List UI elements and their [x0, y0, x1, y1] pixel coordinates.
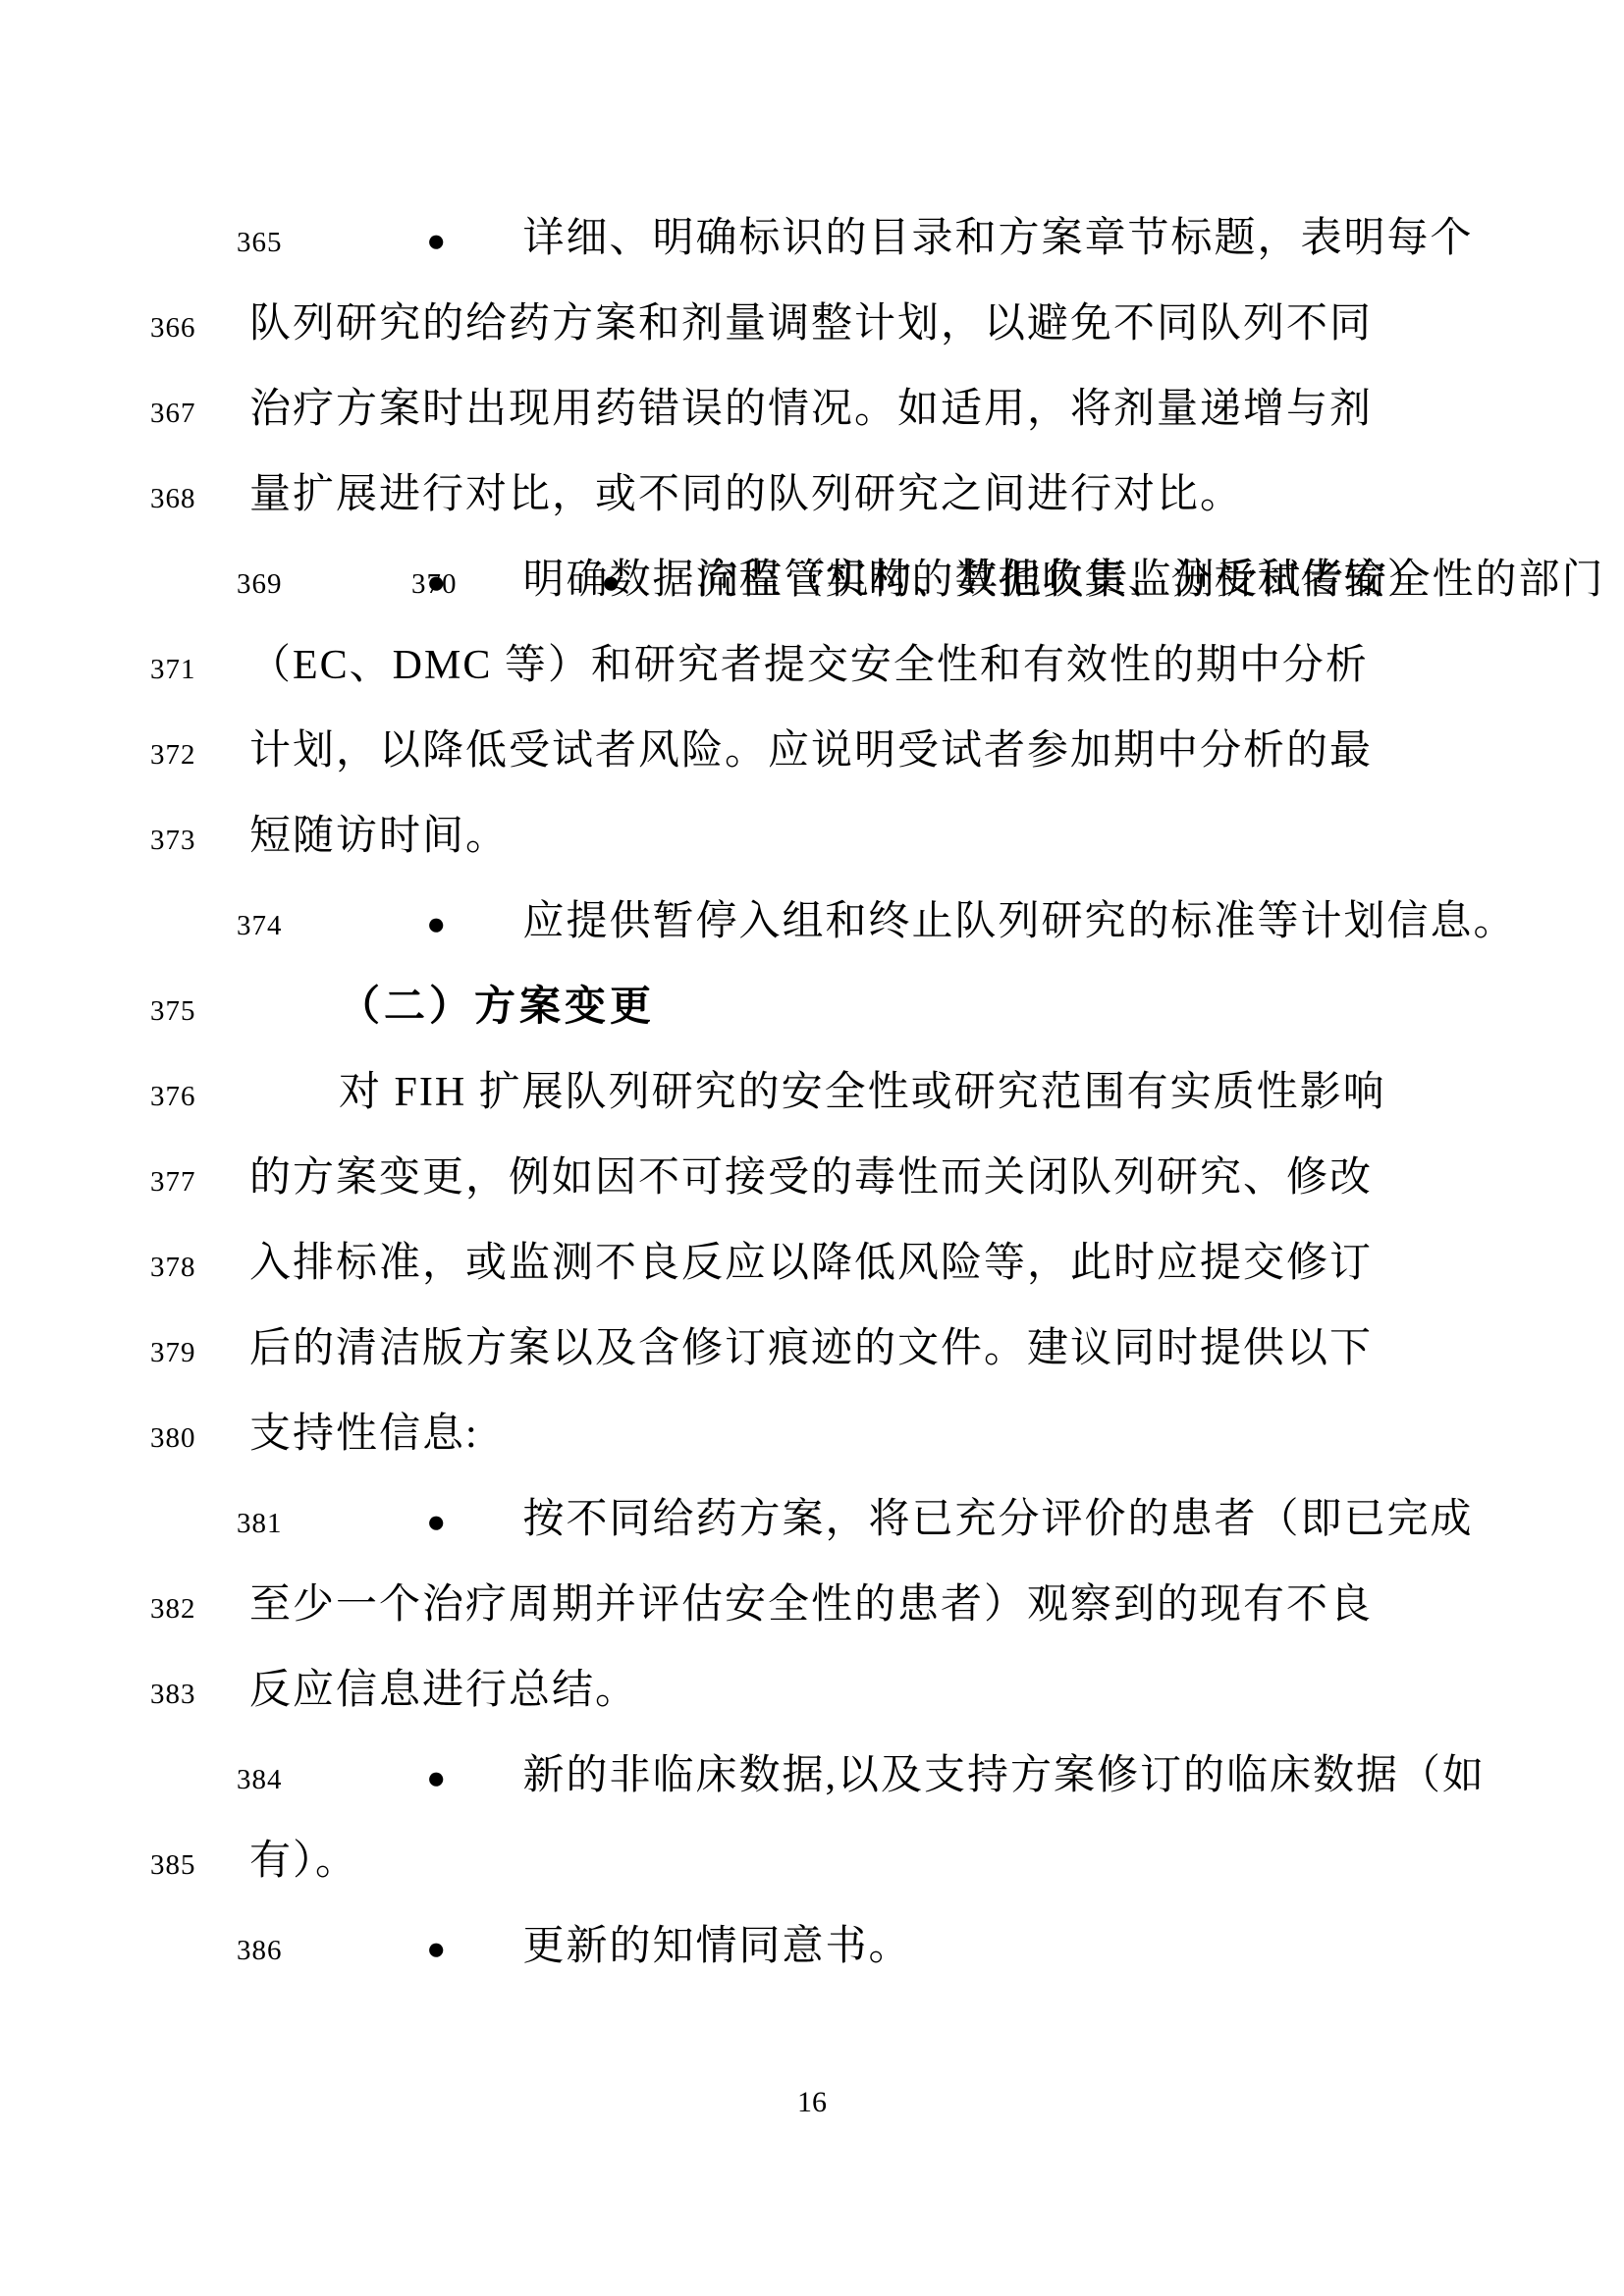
- line-number: 375: [150, 969, 245, 1054]
- text-line: 380 支持性信息:: [150, 1392, 1476, 1477]
- text-line: 385 有）。: [150, 1819, 1476, 1904]
- text-line: 371 （EC、DMC 等）和研究者提交安全性和有效性的期中分析: [150, 623, 1476, 709]
- bullet-icon: ●: [426, 1736, 514, 1822]
- bullet-icon: ●: [426, 1907, 514, 1993]
- line-number: 377: [150, 1140, 245, 1225]
- line-number: 381: [237, 1481, 332, 1567]
- line-number: 369: [237, 542, 332, 627]
- line-text: 更新的知情同意书。: [523, 1924, 912, 1969]
- line-text: 对 FIH 扩展队列研究的安全性或研究范围有实质性影响: [339, 1070, 1386, 1115]
- line-text: 后的清洁版方案以及含修订痕迹的文件。建议同时提供以下: [249, 1326, 1373, 1371]
- line-number: 382: [150, 1567, 245, 1652]
- line-number: 365: [237, 200, 332, 286]
- line-number: 374: [237, 883, 332, 969]
- line-text: 有）。: [249, 1839, 358, 1884]
- text-line: 373 短随访时间。: [150, 794, 1476, 880]
- line-number: 373: [150, 798, 245, 883]
- line-text: 至少一个治疗周期并评估安全性的患者）观察到的现有不良: [249, 1582, 1373, 1628]
- line-text: 新的非临床数据,以及支持方案修订的临床数据（如: [523, 1753, 1487, 1798]
- text-line: 374 ● 应提供暂停入组和终止队列研究的标准等计划信息。: [237, 880, 325, 965]
- line-number: 370: [411, 542, 507, 627]
- page-number: 16: [0, 2083, 1624, 2122]
- text-line: 384 ● 新的非临床数据,以及支持方案修订的临床数据（如: [237, 1734, 325, 1819]
- line-text: 反应信息进行总结。: [249, 1668, 638, 1713]
- bullet-icon: ●: [426, 882, 514, 968]
- text-line: 375 （二）方案变更: [150, 965, 1476, 1050]
- line-number: 383: [150, 1652, 245, 1737]
- text-line: 381 ● 按不同给药方案，将已充分评价的患者（即已完成: [237, 1477, 325, 1563]
- text-line: 368 量扩展进行对比，或不同的队列研究之间进行对比。: [150, 453, 1476, 538]
- text-line: 383 反应信息进行总结。: [150, 1648, 1476, 1734]
- line-text: （二）方案变更: [339, 985, 655, 1030]
- text-line: 386 ● 更新的知情同意书。: [237, 1904, 325, 1990]
- line-number: 385: [150, 1823, 245, 1908]
- line-number: 368: [150, 456, 245, 542]
- line-text: 计划，以降低受试者风险。应说明受试者参加期中分析的最: [249, 728, 1373, 774]
- line-number: 367: [150, 371, 245, 456]
- line-text: 详细、明确标识的目录和方案章节标题，表明每个: [523, 216, 1474, 261]
- bullet-icon: ●: [426, 1480, 514, 1566]
- line-text: 量扩展进行对比，或不同的队列研究之间进行对比。: [249, 472, 1243, 517]
- line-text: 治疗方案时出现用药错误的情况。如适用，将剂量递增与剂: [249, 387, 1373, 432]
- text-line: 377 的方案变更，例如因不可接受的毒性而关闭队列研究、修改: [150, 1136, 1476, 1221]
- line-number: 378: [150, 1225, 245, 1310]
- line-text: 支持性信息:: [249, 1412, 479, 1457]
- line-number: 386: [237, 1908, 332, 1994]
- line-text: （EC、DMC 等）和研究者提交安全性和有效性的期中分析: [249, 643, 1369, 688]
- bullet-icon: ●: [426, 199, 514, 285]
- text-line: 369 ● 明确数据流程（实时的数据收集、分析和传输）: [237, 538, 325, 623]
- document-page: 365 ● 详细、明确标识的目录和方案章节标题，表明每个 366 队列研究的给药…: [0, 0, 1624, 2296]
- line-number: 371: [150, 627, 245, 713]
- text-line: 376 对 FIH 扩展队列研究的安全性或研究范围有实质性影响: [150, 1050, 1476, 1136]
- text-line: 367 治疗方案时出现用药错误的情况。如适用，将剂量递增与剂: [150, 367, 1476, 453]
- line-text: 的方案变更，例如因不可接受的毒性而关闭队列研究、修改: [249, 1155, 1373, 1201]
- text-line: 372 计划，以降低受试者风险。应说明受试者参加期中分析的最: [150, 709, 1476, 794]
- line-text: 短随访时间。: [249, 814, 509, 859]
- line-number: 366: [150, 286, 245, 371]
- document-content: 365 ● 详细、明确标识的目录和方案章节标题，表明每个 366 队列研究的给药…: [150, 196, 1476, 1990]
- line-number: 384: [237, 1737, 332, 1823]
- text-line: 378 入排标准，或监测不良反应以降低风险等，此时应提交修订: [150, 1221, 1476, 1307]
- text-line: 379 后的清洁版方案以及含修订痕迹的文件。建议同时提供以下: [150, 1307, 1476, 1392]
- line-text: 入排标准，或监测不良反应以降低风险等，此时应提交修订: [249, 1241, 1373, 1286]
- line-number: 380: [150, 1396, 245, 1481]
- bullet-icon: ●: [601, 541, 689, 626]
- line-number: 372: [150, 713, 245, 798]
- line-number: 379: [150, 1310, 245, 1396]
- line-number: 376: [150, 1054, 245, 1140]
- text-line: 382 至少一个治疗周期并评估安全性的患者）观察到的现有不良: [150, 1563, 1476, 1648]
- text-line: 370 ● 向监管机构、其他负责监测受试者安全性的部门: [411, 538, 500, 623]
- text-line: 365 ● 详细、明确标识的目录和方案章节标题，表明每个: [237, 196, 325, 282]
- line-text: 队列研究的给药方案和剂量调整计划，以避免不同队列不同: [249, 301, 1373, 347]
- line-text: 应提供暂停入组和终止队列研究的标准等计划信息。: [523, 899, 1517, 944]
- text-line: 366 队列研究的给药方案和剂量调整计划，以避免不同队列不同: [150, 282, 1476, 367]
- line-text: 向监管机构、其他负责监测受试者安全性的部门: [698, 558, 1605, 603]
- line-text: 按不同给药方案，将已充分评价的患者（即已完成: [523, 1497, 1474, 1542]
